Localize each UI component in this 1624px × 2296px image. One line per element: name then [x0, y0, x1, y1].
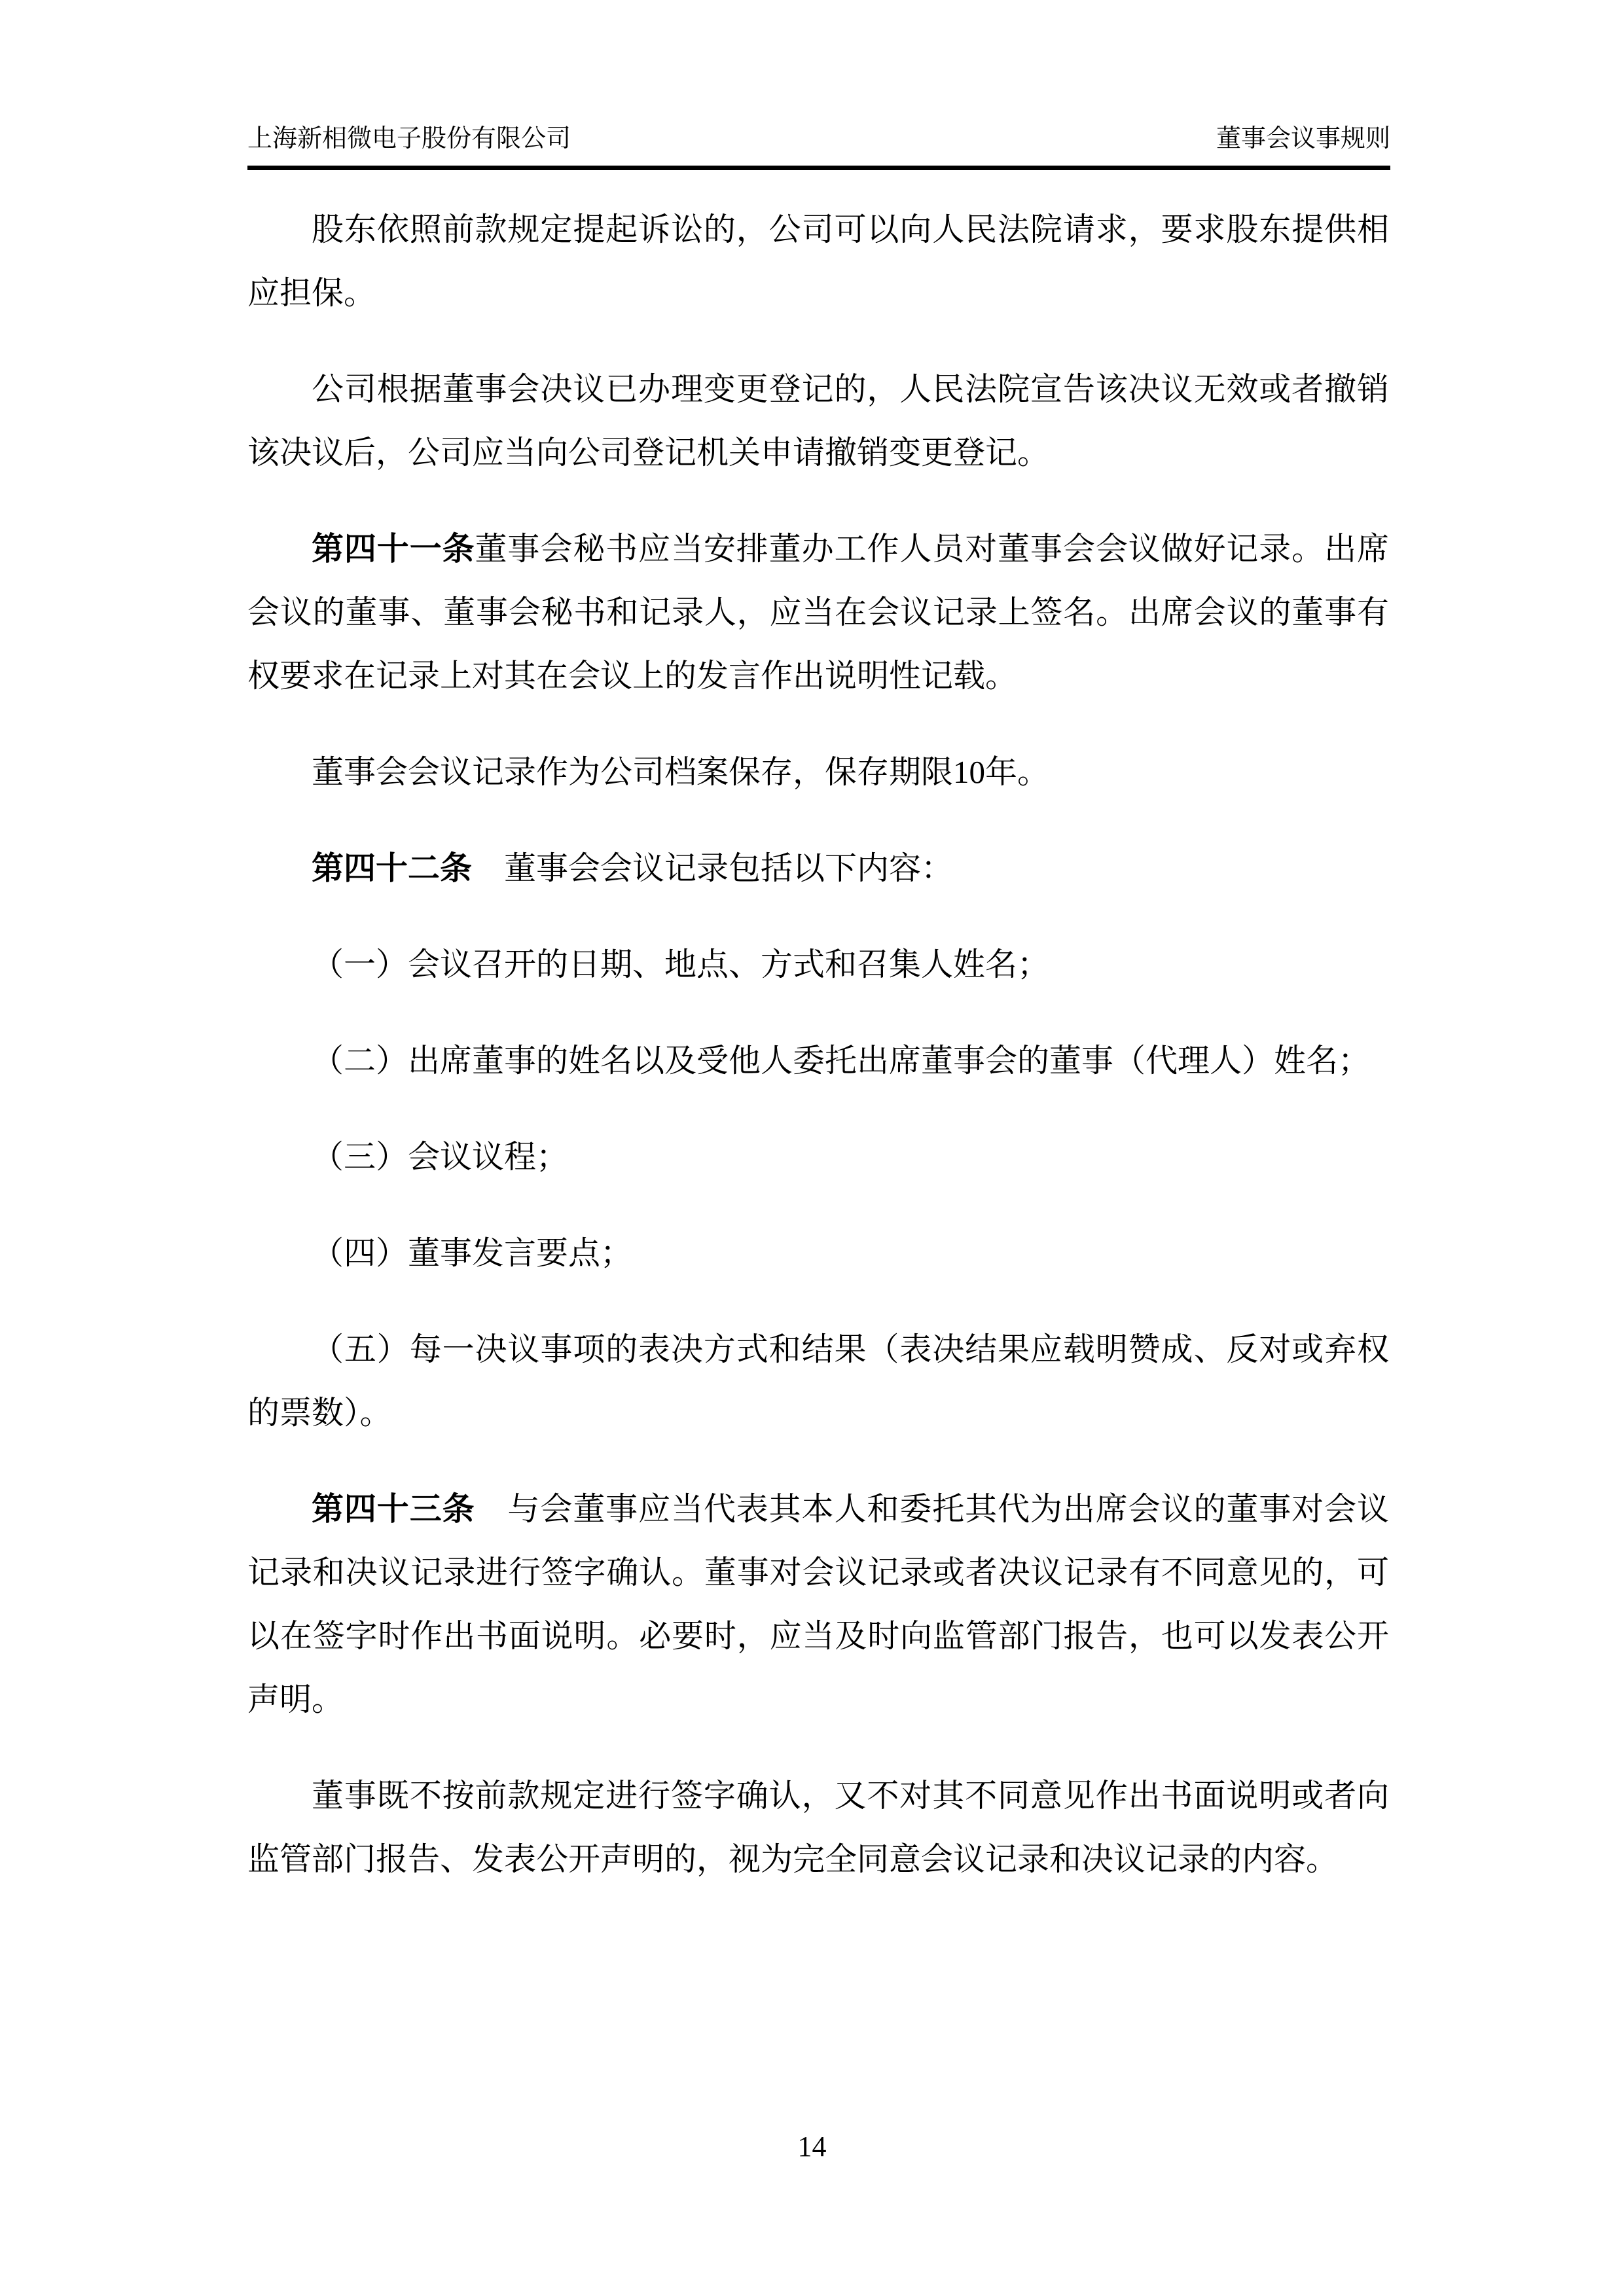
paragraph: （四）董事发言要点； [247, 1221, 1389, 1285]
paragraph-text: （三）会议议程； [312, 1139, 568, 1175]
document-body: 股东依照前款规定提起诉讼的，公司可以向人民法院请求，要求股东提供相应担保。公司根… [247, 198, 1389, 1924]
header-divider [247, 166, 1390, 170]
paragraph: 董事会会议记录作为公司档案保存，保存期限10年。 [247, 740, 1389, 804]
header-company-name: 上海新相微电子股份有限公司 [247, 123, 571, 154]
article-number: 第四十二条 [312, 850, 472, 886]
paragraph-text: 股东依照前款规定提起诉讼的，公司可以向人民法院请求，要求股东提供相应担保。 [247, 211, 1389, 311]
header-document-title: 董事会议事规则 [1216, 123, 1390, 154]
paragraph: （二）出席董事的姓名以及受他人委托出席董事会的董事（代理人）姓名； [247, 1029, 1389, 1092]
paragraph-text: （二）出席董事的姓名以及受他人委托出席董事会的董事（代理人）姓名； [312, 1043, 1370, 1079]
paragraph-text: （四）董事发言要点； [312, 1235, 632, 1271]
paragraph-text: 董事会会议记录作为公司档案保存，保存期限10年。 [312, 754, 1049, 790]
paragraph: 董事既不按前款规定进行签字确认，又不对其不同意见作出书面说明或者向监管部门报告、… [247, 1764, 1389, 1891]
paragraph: （一）会议召开的日期、地点、方式和召集人姓名； [247, 933, 1389, 996]
article-number: 第四十一条 [312, 531, 475, 567]
paragraph: 股东依照前款规定提起诉讼的，公司可以向人民法院请求，要求股东提供相应担保。 [247, 198, 1389, 325]
paragraph: 第四十一条董事会秘书应当安排董办工作人员对董事会会议做好记录。出席会议的董事、董… [247, 517, 1389, 708]
article-number: 第四十三条 [312, 1491, 475, 1527]
page-header: 上海新相微电子股份有限公司 董事会议事规则 [247, 123, 1390, 154]
paragraph: 第四十三条 与会董事应当代表其本人和委托其代为出席会议的董事对会议记录和决议记录… [247, 1477, 1389, 1731]
paragraph-text: （一）会议召开的日期、地点、方式和召集人姓名； [312, 946, 1049, 982]
paragraph-text: 董事既不按前款规定进行签字确认，又不对其不同意见作出书面说明或者向监管部门报告、… [247, 1778, 1389, 1877]
paragraph: （五）每一决议事项的表决方式和结果（表决结果应载明赞成、反对或弃权的票数）。 [247, 1318, 1389, 1444]
document-page: 上海新相微电子股份有限公司 董事会议事规则 股东依照前款规定提起诉讼的，公司可以… [0, 0, 1624, 2296]
paragraph: 公司根据董事会决议已办理变更登记的，人民法院宣告该决议无效或者撤销该决议后，公司… [247, 357, 1389, 484]
page-number: 14 [798, 2130, 827, 2162]
paragraph-text: 董事会会议记录包括以下内容： [472, 850, 953, 886]
page-footer: 14 [0, 2132, 1624, 2161]
paragraph: 第四十二条 董事会会议记录包括以下内容： [247, 836, 1389, 900]
paragraph: （三）会议议程； [247, 1125, 1389, 1189]
paragraph-text: （五）每一决议事项的表决方式和结果（表决结果应载明赞成、反对或弃权的票数）。 [247, 1331, 1389, 1431]
paragraph-text: 公司根据董事会决议已办理变更登记的，人民法院宣告该决议无效或者撤销该决议后，公司… [247, 371, 1389, 471]
